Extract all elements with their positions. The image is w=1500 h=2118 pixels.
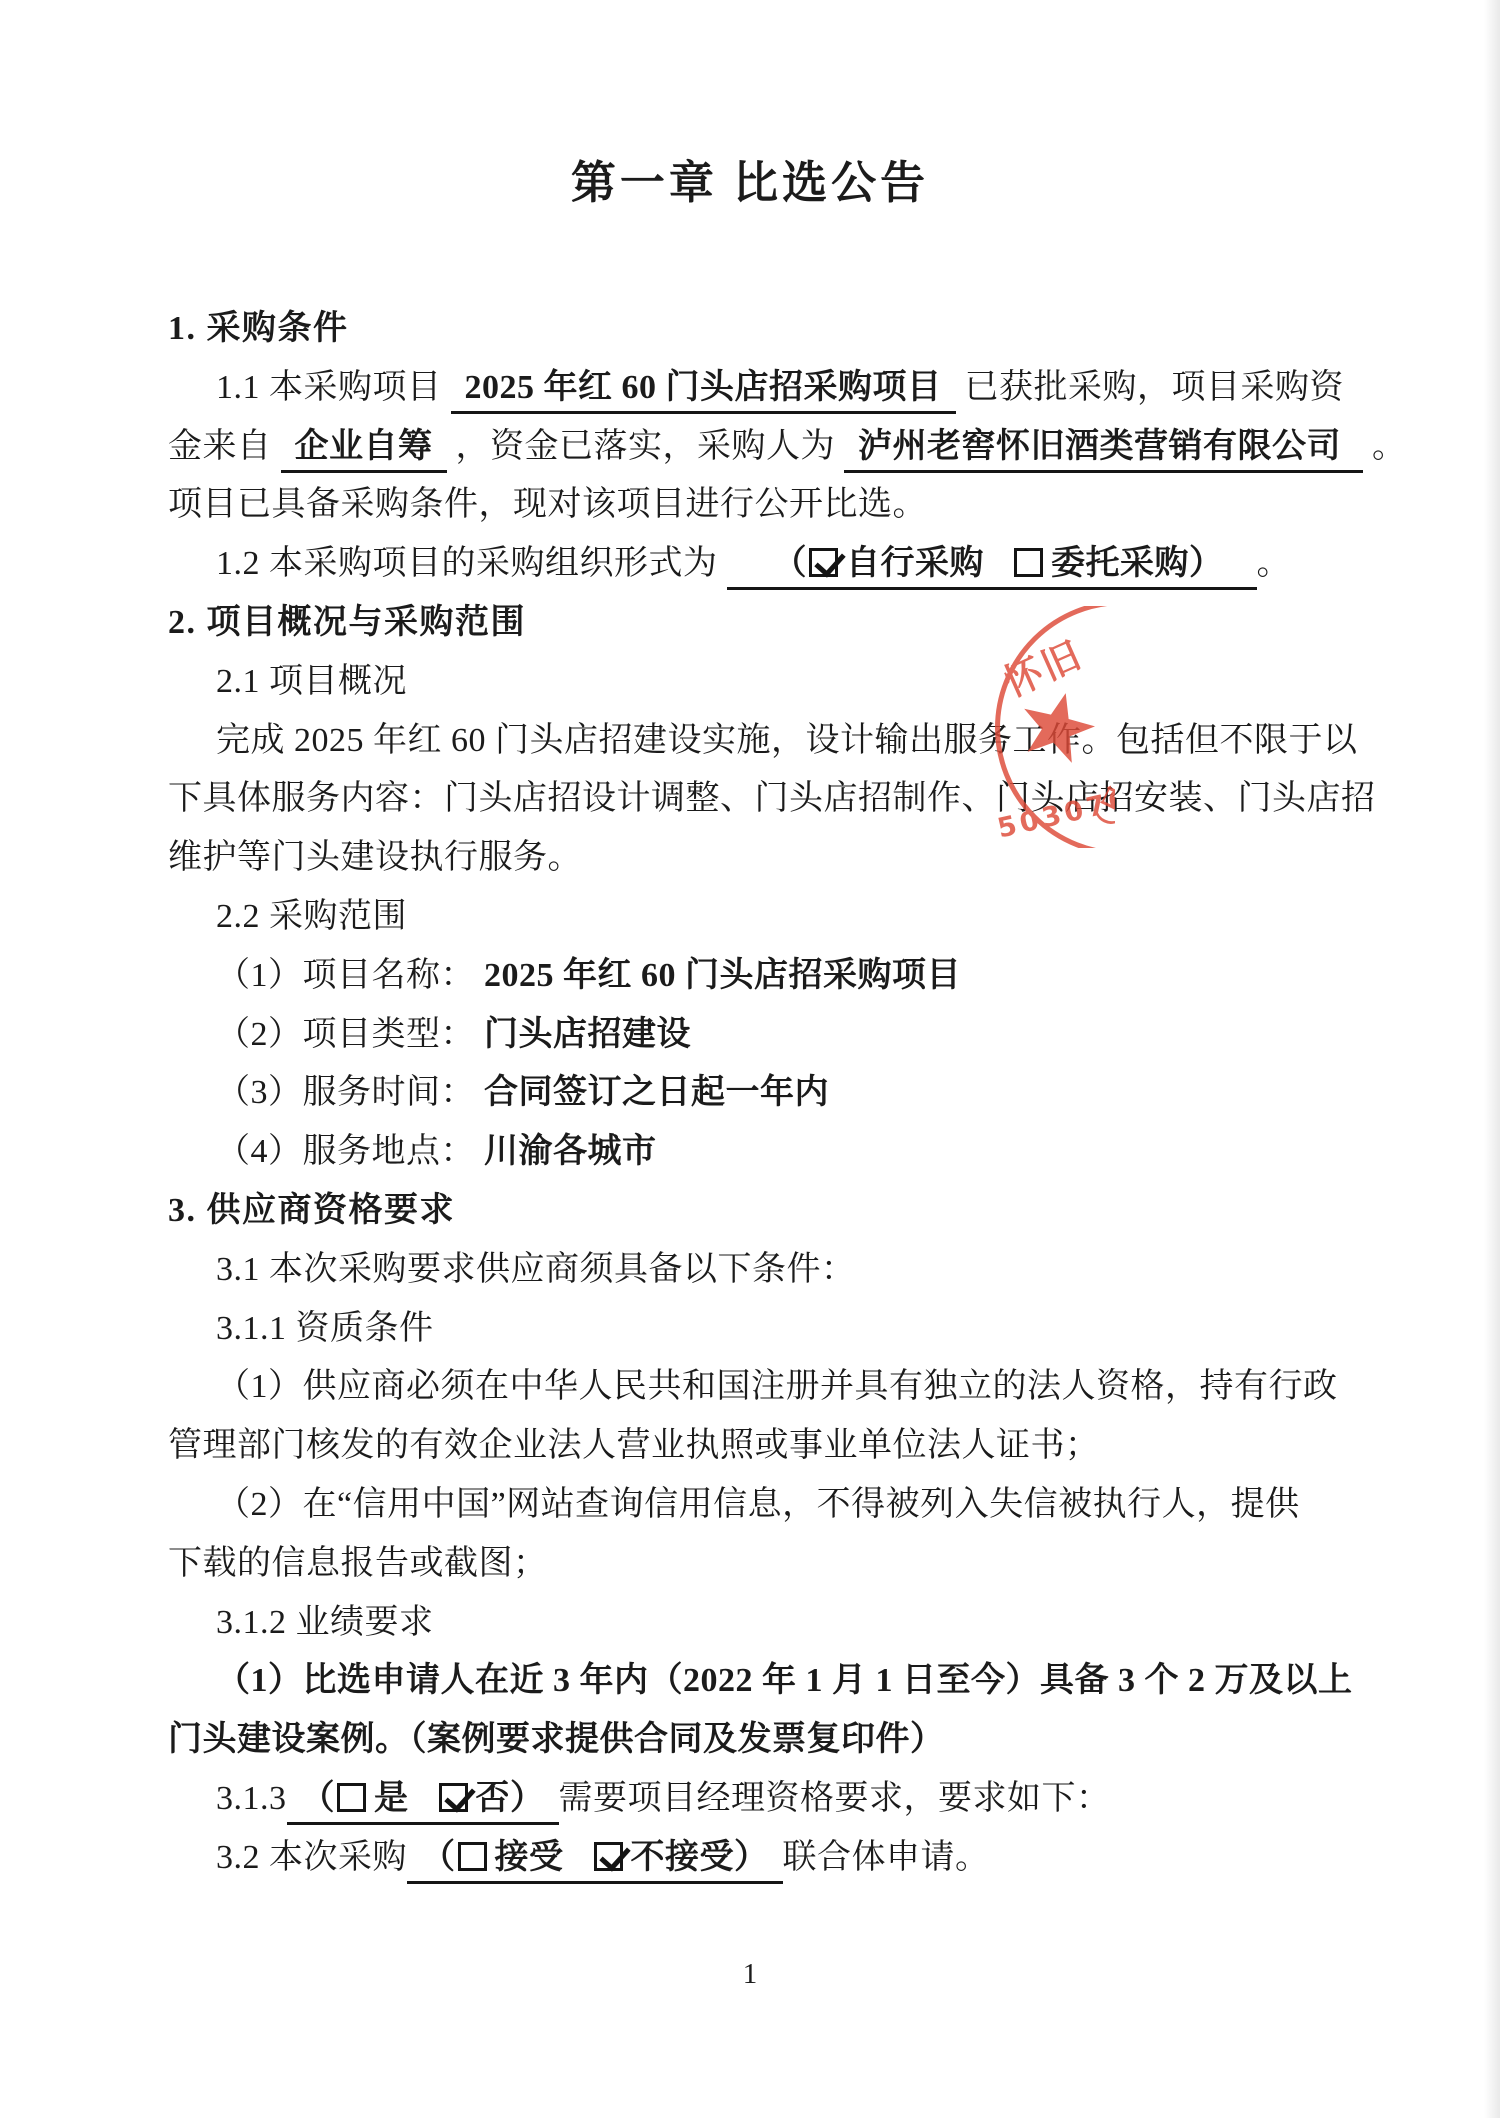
scope-item-1: （1）项目名称： 2025 年红 60 门头店招采购项目 [168,947,1343,1006]
overview-line-1: 完成 2025 年红 60 门头店招建设实施，设计输出服务工作。包括但不限于以 [168,712,1343,771]
scope-item-label: （3）服务时间： [216,1074,475,1111]
clause-1-1-line-2: 金来自 企业自筹 ，资金已落实，采购人为 泸州老窖怀旧酒类营销有限公司 。 [168,418,1343,477]
clause-3-1-3-number: 3.1.3 [216,1780,287,1817]
clause-3-1-3: 3.1.3（是否）需要项目经理资格要求，要求如下： [168,1770,1343,1829]
scope-item-4: （4）服务地点： 川渝各城市 [168,1123,1343,1182]
document-body: 1. 采购条件 1.1 本采购项目 2025 年红 60 门头店招采购项目 已获… [168,300,1343,1888]
funding-source-blank: 企业自筹 [281,428,447,473]
clause-1-1-lead: 1.1 本采购项目 [216,369,442,406]
clause-1-1-l2-pre: 金来自 [168,428,272,465]
performance-req-line-2: 门头建设案例。（案例要求提供合同及发票复印件） [168,1711,1343,1770]
clause-3-1: 3.1 本次采购要求供应商须具备以下条件： [168,1241,1343,1300]
clause-3-1-2-heading: 3.1.2 业绩要求 [168,1594,1343,1653]
scope-item-2: （2）项目类型： 门头店招建设 [168,1006,1343,1065]
clause-1-1-l2-end: 。 [1372,428,1407,465]
option-label-consortium-reject: 不接受） [631,1839,769,1876]
clause-1-2: 1.2 本采购项目的采购组织形式为 （自行采购委托采购） 。 [168,535,1343,594]
clause-2-1-heading: 2.1 项目概况 [168,653,1343,712]
scan-edge-shadow [1484,0,1500,2118]
section-1-heading: 1. 采购条件 [168,300,1343,359]
qualification-2-line-1: （2）在“信用中国”网站查询信用信息，不得被列入失信被执行人，提供 [168,1476,1343,1535]
option-label-delegated-procurement: 委托采购） [1051,545,1224,582]
overview-line-2: 下具体服务内容：门头店招设计调整、门头店招制作、门头店招安装、门头店招 [168,770,1343,829]
section-2-heading: 2. 项目概况与采购范围 [168,594,1343,653]
scope-item-value: 2025 年红 60 门头店招采购项目 [484,957,961,994]
page-number: 1 [0,1958,1500,1991]
clause-1-2-lead: 1.2 本采购项目的采购组织形式为 [216,545,718,582]
clause-1-1-after-name: 已获批采购，项目采购资 [965,369,1345,406]
checkbox-consortium-reject [594,1842,623,1871]
paren-open: （ [421,1839,456,1876]
scope-item-value: 川渝各城市 [484,1133,657,1170]
scope-item-value: 合同签订之日起一年内 [484,1074,829,1111]
qualification-2-line-2: 下载的信息报告或截图； [168,1535,1343,1594]
option-label-self-procurement: 自行采购 [846,545,984,582]
clause-1-1-l2-mid: ，资金已落实，采购人为 [456,428,836,465]
qualification-1-line-2: 管理部门核发的有效企业法人营业执照或事业单位法人证书； [168,1417,1343,1476]
performance-req-line-1: （1）比选申请人在近 3 年内（2022 年 1 月 1 日至今）具备 3 个 … [168,1652,1343,1711]
option-label-pm-no: 否） [476,1780,545,1817]
pm-requirement-blank: （是否） [287,1780,559,1825]
scope-item-label: （4）服务地点： [216,1133,475,1170]
purchaser-name-blank: 泸州老窖怀旧酒类营销有限公司 [844,428,1363,473]
option-label-pm-yes: 是 [374,1780,409,1817]
page-title: 第一章 比选公告 [0,146,1500,211]
org-form-blank: （自行采购委托采购） [727,545,1257,590]
checkbox-consortium-accept [458,1842,487,1871]
clause-3-1-3-tail: 需要项目经理资格要求，要求如下： [559,1780,1111,1817]
option-label-consortium-accept: 接受 [495,1839,564,1876]
clause-3-1-1-heading: 3.1.1 资质条件 [168,1300,1343,1359]
qualification-1-line-1: （1）供应商必须在中华人民共和国注册并具有独立的法人资格，持有行政 [168,1358,1343,1417]
checkbox-self-procurement [809,548,838,577]
consortium-blank: （接受不接受） [407,1839,783,1884]
project-name-blank: 2025 年红 60 门头店招采购项目 [451,369,956,414]
clause-3-2-tail: 联合体申请。 [783,1839,990,1876]
section-3-heading: 3. 供应商资格要求 [168,1182,1343,1241]
document-page: { "doc": { "title": "第一章 比选公告", "footer"… [0,0,1500,2118]
paren-open: （ [773,545,808,582]
checkbox-pm-no [439,1783,468,1812]
clause-3-2: 3.2 本次采购（接受不接受）联合体申请。 [168,1829,1343,1888]
clause-1-1-line-3: 项目已具备采购条件，现对该项目进行公开比选。 [168,476,1343,535]
clause-3-2-lead: 3.2 本次采购 [216,1839,407,1876]
paren-open: （ [301,1780,336,1817]
clause-2-2-heading: 2.2 采购范围 [168,888,1343,947]
clause-1-2-tail: 。 [1257,545,1292,582]
scope-item-3: （3）服务时间： 合同签订之日起一年内 [168,1064,1343,1123]
clause-1-1-line-1: 1.1 本采购项目 2025 年红 60 门头店招采购项目 已获批采购，项目采购… [168,359,1343,418]
scope-item-value: 门头店招建设 [484,1016,691,1053]
overview-line-3: 维护等门头建设执行服务。 [168,829,1343,888]
checkbox-pm-yes [337,1783,366,1812]
checkbox-delegated-procurement [1014,548,1043,577]
scope-item-label: （2）项目类型： [216,1016,475,1053]
scope-item-label: （1）项目名称： [216,957,475,994]
